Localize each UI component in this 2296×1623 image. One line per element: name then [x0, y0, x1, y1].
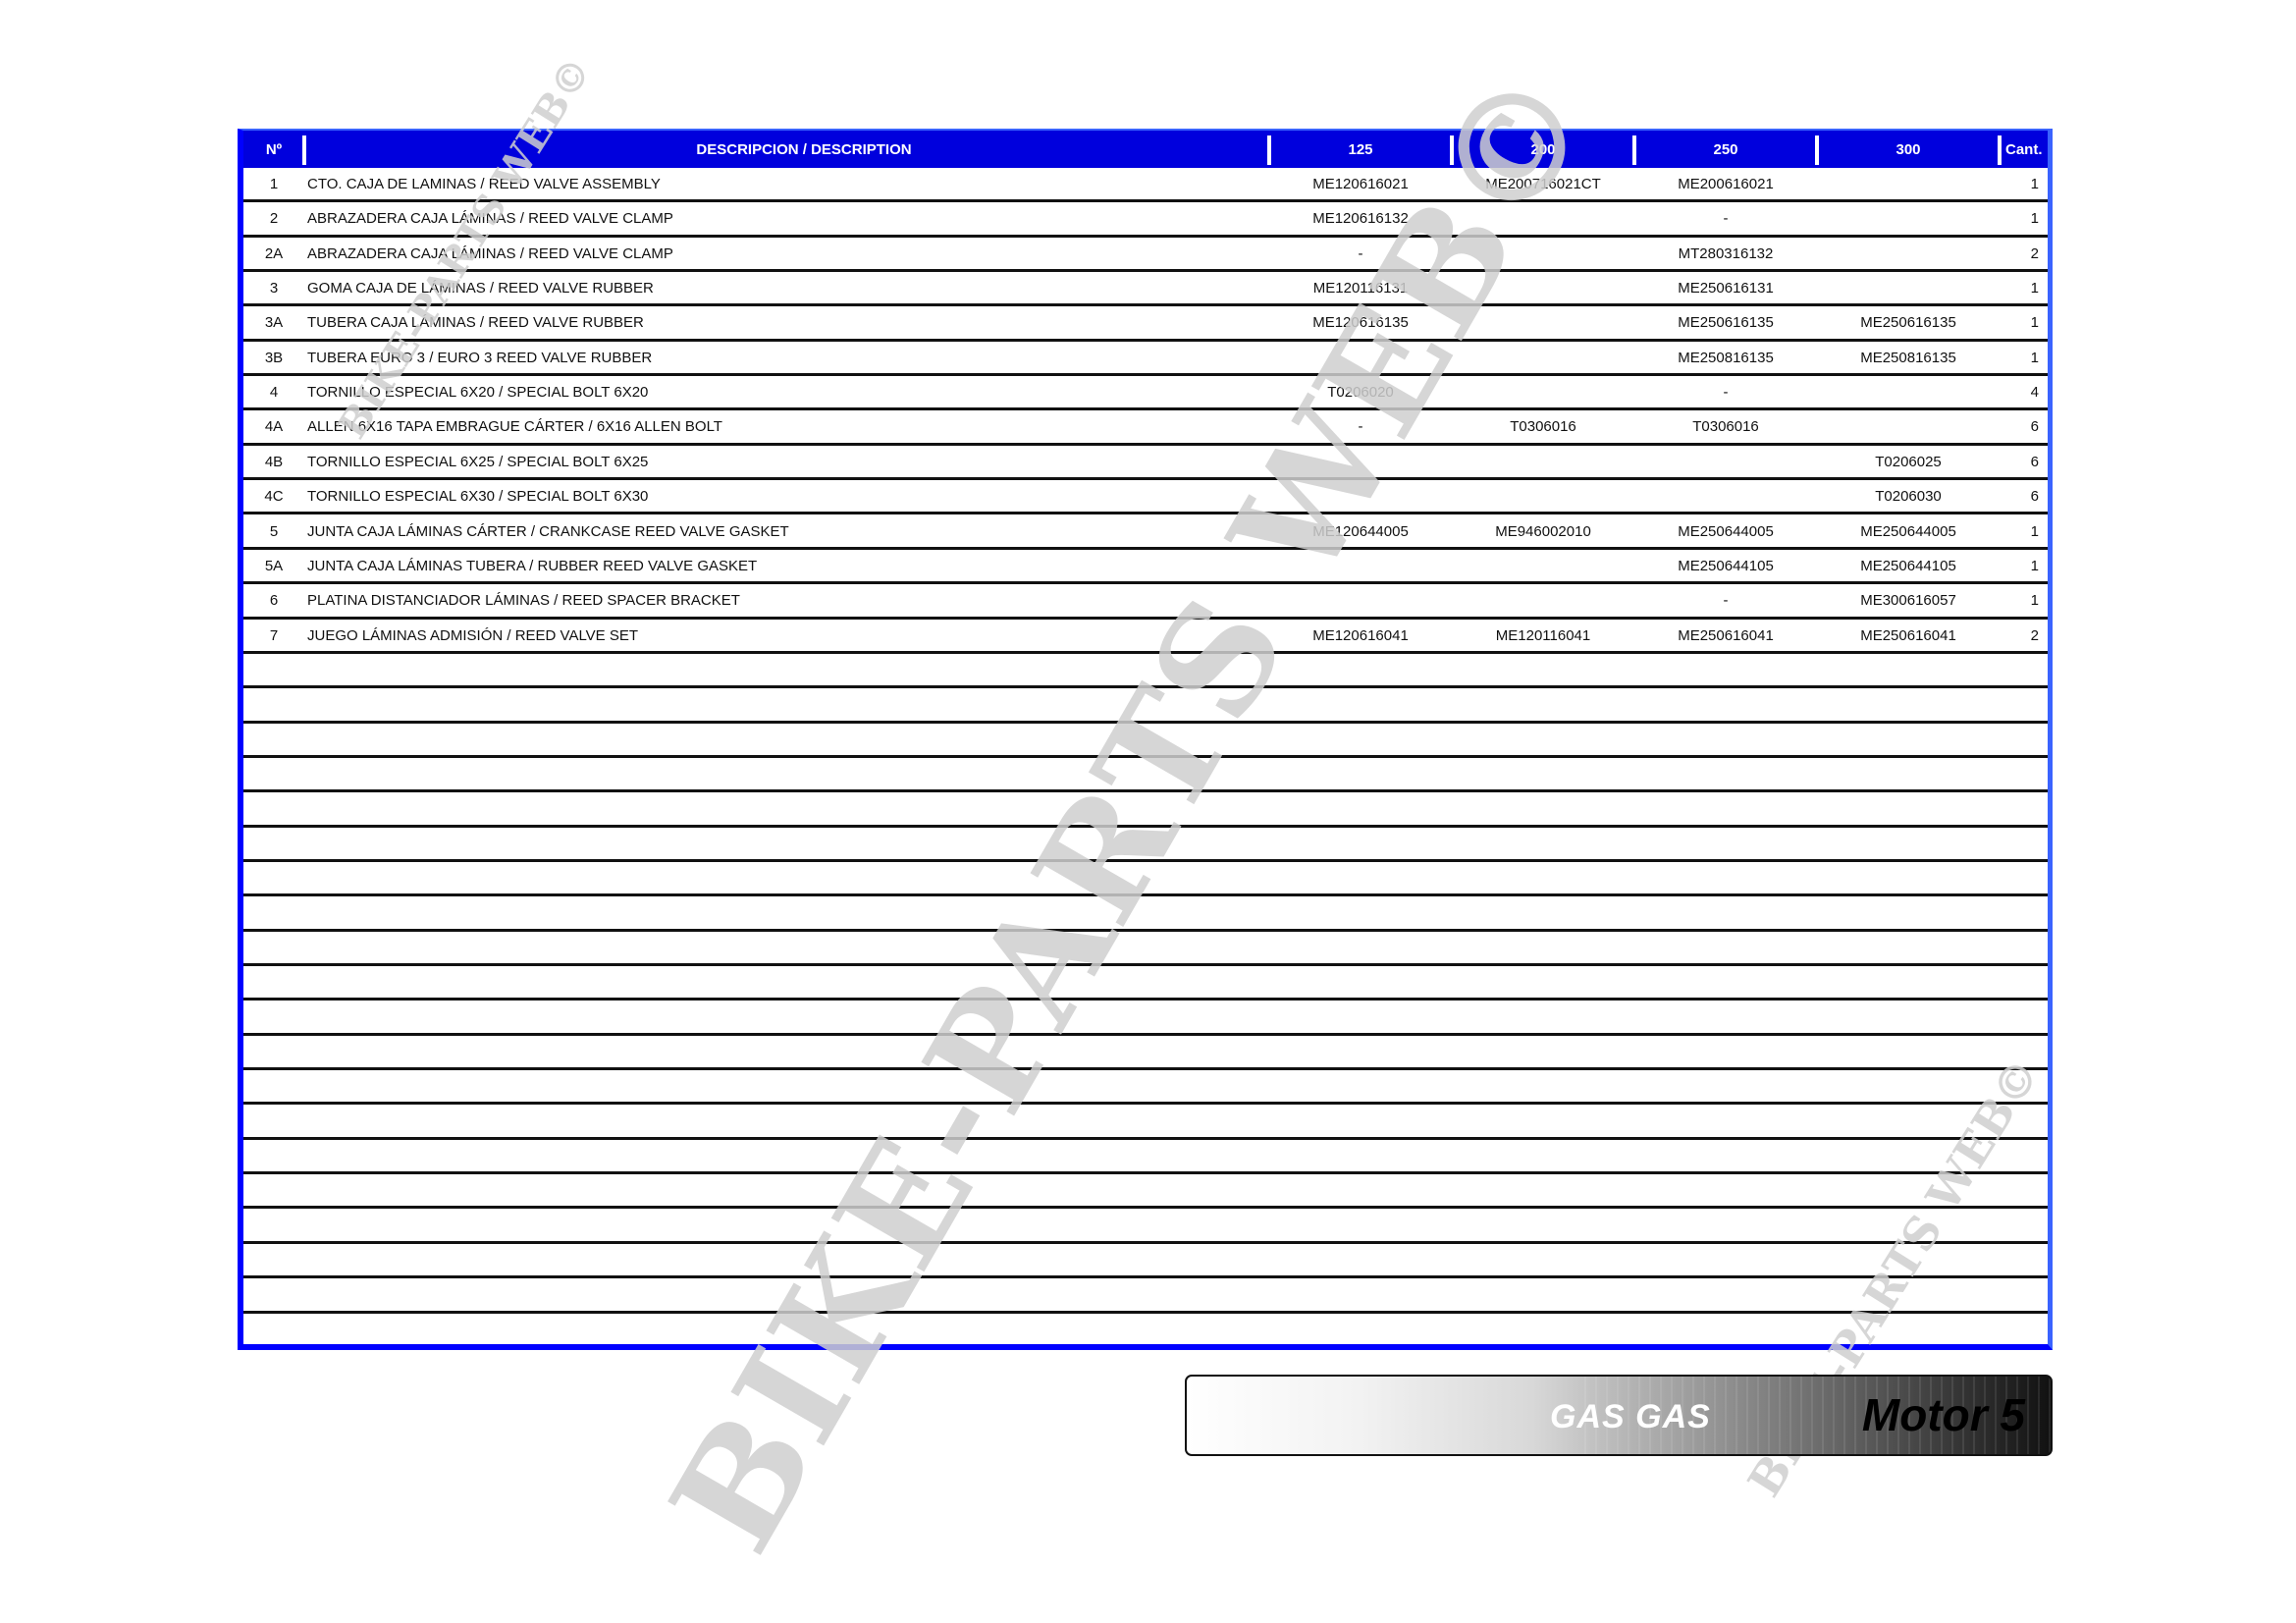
- section-label: Motor 5: [1862, 1388, 2025, 1441]
- cell-m125: ME120644005: [1269, 515, 1452, 547]
- blank-row: [243, 896, 2048, 931]
- blank-row: [243, 932, 2048, 966]
- blank-row: [243, 862, 2048, 896]
- cell-m200: [1452, 550, 1634, 581]
- header-description: DESCRIPCION / DESCRIPTION: [304, 131, 1295, 168]
- cell-m300: T0206025: [1817, 446, 2000, 477]
- table-row: 4BTORNILLO ESPECIAL 6X25 / SPECIAL BOLT …: [243, 446, 2048, 480]
- cell-m300: [1817, 238, 2000, 269]
- cell-m300: ME250616135: [1817, 306, 2000, 338]
- cell-no: 3B: [243, 342, 304, 373]
- cell-m200: [1452, 272, 1634, 303]
- cell-description: TORNILLO ESPECIAL 6X25 / SPECIAL BOLT 6X…: [304, 446, 1289, 477]
- footer-banner: GAS GAS Motor 5: [1185, 1375, 2053, 1456]
- table-row: 4CTORNILLO ESPECIAL 6X30 / SPECIAL BOLT …: [243, 480, 2048, 514]
- cell-m125: -: [1269, 238, 1452, 269]
- table-row: 2AABRAZADERA CAJA LÁMINAS / REED VALVE C…: [243, 238, 2048, 272]
- cell-m200: ME946002010: [1452, 515, 1634, 547]
- cell-qty: 1: [2000, 168, 2053, 199]
- table-row: 3BTUBERA EURO 3 / EURO 3 REED VALVE RUBB…: [243, 342, 2048, 376]
- cell-m125: [1269, 584, 1452, 616]
- cell-m250: ME250616131: [1634, 272, 1817, 303]
- blank-row: [243, 654, 2048, 688]
- cell-qty: 1: [2000, 272, 2053, 303]
- cell-m125: [1269, 446, 1452, 477]
- cell-m300: ME250644105: [1817, 550, 2000, 581]
- cell-m250: ME250644005: [1634, 515, 1817, 547]
- cell-m250: ME250616041: [1634, 620, 1817, 651]
- cell-no: 7: [243, 620, 304, 651]
- cell-no: 6: [243, 584, 304, 616]
- cell-m200: [1452, 306, 1634, 338]
- cell-m125: [1269, 480, 1452, 512]
- cell-description: CTO. CAJA DE LAMINAS / REED VALVE ASSEMB…: [304, 168, 1289, 199]
- cell-qty: 1: [2000, 306, 2053, 338]
- cell-description: ABRAZADERA CAJA LÁMINAS / REED VALVE CLA…: [304, 238, 1289, 269]
- cell-m200: [1452, 584, 1634, 616]
- cell-m250: [1634, 480, 1817, 512]
- blank-row: [243, 792, 2048, 827]
- cell-no: 3A: [243, 306, 304, 338]
- cell-qty: 6: [2000, 410, 2053, 442]
- cell-qty: 2: [2000, 238, 2053, 269]
- cell-m125: ME120616021: [1269, 168, 1452, 199]
- cell-qty: 6: [2000, 480, 2053, 512]
- cell-m200: [1452, 376, 1634, 407]
- cell-m300: [1817, 376, 2000, 407]
- blank-row: [243, 966, 2048, 1001]
- table-row: 1CTO. CAJA DE LAMINAS / REED VALVE ASSEM…: [243, 168, 2048, 202]
- cell-m200: [1452, 446, 1634, 477]
- cell-m200: ME200716021CT: [1452, 168, 1634, 199]
- cell-m300: [1817, 272, 2000, 303]
- cell-description: TUBERA CAJA LÁMINAS / REED VALVE RUBBER: [304, 306, 1289, 338]
- cell-description: ABRAZADERA CAJA LÁMINAS / REED VALVE CLA…: [304, 202, 1289, 234]
- cell-qty: 1: [2000, 342, 2053, 373]
- cell-m125: ME120116131: [1269, 272, 1452, 303]
- blank-row: [243, 1174, 2048, 1209]
- table-row: 2ABRAZADERA CAJA LÁMINAS / REED VALVE CL…: [243, 202, 2048, 237]
- cell-m250: ME250644105: [1634, 550, 1817, 581]
- cell-m250: -: [1634, 376, 1817, 407]
- cell-no: 5: [243, 515, 304, 547]
- cell-m300: ME250616041: [1817, 620, 2000, 651]
- cell-m250: -: [1634, 202, 1817, 234]
- brand-label: GAS GAS: [1550, 1398, 1711, 1436]
- cell-m125: -: [1269, 410, 1452, 442]
- blank-row: [243, 1036, 2048, 1070]
- blank-row: [243, 1210, 2048, 1244]
- cell-qty: 1: [2000, 584, 2053, 616]
- cell-m250: T0306016: [1634, 410, 1817, 442]
- cell-no: 4: [243, 376, 304, 407]
- cell-m125: T0206020: [1269, 376, 1452, 407]
- cell-description: ALLEN 6X16 TAPA EMBRAGUE CÁRTER / 6X16 A…: [304, 410, 1289, 442]
- blank-row: [243, 1001, 2048, 1035]
- cell-description: JUEGO LÁMINAS ADMISIÓN / REED VALVE SET: [304, 620, 1289, 651]
- cell-m300: ME250816135: [1817, 342, 2000, 373]
- cell-description: TORNILLO ESPECIAL 6X20 / SPECIAL BOLT 6X…: [304, 376, 1289, 407]
- blank-row: [243, 1278, 2048, 1313]
- cell-description: TUBERA EURO 3 / EURO 3 REED VALVE RUBBER: [304, 342, 1289, 373]
- cell-m125: ME120616132: [1269, 202, 1452, 234]
- cell-qty: 1: [2000, 550, 2053, 581]
- table-row: 4TORNILLO ESPECIAL 6X20 / SPECIAL BOLT 6…: [243, 376, 2048, 410]
- cell-m200: [1452, 238, 1634, 269]
- cell-m250: MT280316132: [1634, 238, 1817, 269]
- cell-m125: ME120616135: [1269, 306, 1452, 338]
- cell-qty: 1: [2000, 202, 2053, 234]
- cell-no: 4C: [243, 480, 304, 512]
- header-200: 200: [1452, 131, 1634, 168]
- cell-m200: [1452, 202, 1634, 234]
- blank-row: [243, 724, 2048, 758]
- blank-row: [243, 1070, 2048, 1105]
- cell-m300: T0206030: [1817, 480, 2000, 512]
- cell-description: GOMA CAJA DE LÁMINAS / REED VALVE RUBBER: [304, 272, 1289, 303]
- header-300: 300: [1817, 131, 2000, 168]
- cell-no: 4A: [243, 410, 304, 442]
- table-row: 5AJUNTA CAJA LÁMINAS TUBERA / RUBBER REE…: [243, 550, 2048, 584]
- cell-m300: ME300616057: [1817, 584, 2000, 616]
- cell-m300: [1817, 168, 2000, 199]
- cell-m250: [1634, 446, 1817, 477]
- cell-m300: ME250644005: [1817, 515, 2000, 547]
- table-row: 7JUEGO LÁMINAS ADMISIÓN / REED VALVE SET…: [243, 620, 2048, 654]
- cell-m250: ME250816135: [1634, 342, 1817, 373]
- cell-m125: [1269, 550, 1452, 581]
- table-row: 5JUNTA CAJA LÁMINAS CÁRTER / CRANKCASE R…: [243, 515, 2048, 550]
- cell-m125: [1269, 342, 1452, 373]
- cell-no: 5A: [243, 550, 304, 581]
- cell-m250: ME200616021: [1634, 168, 1817, 199]
- cell-no: 3: [243, 272, 304, 303]
- table-body: 1CTO. CAJA DE LAMINAS / REED VALVE ASSEM…: [243, 168, 2048, 1344]
- header-qty: Cant.: [2000, 131, 2053, 168]
- blank-row: [243, 688, 2048, 723]
- cell-description: PLATINA DISTANCIADOR LÁMINAS / REED SPAC…: [304, 584, 1289, 616]
- table-row: 3ATUBERA CAJA LÁMINAS / REED VALVE RUBBE…: [243, 306, 2048, 341]
- cell-m200: [1452, 480, 1634, 512]
- blank-row: [243, 1105, 2048, 1139]
- cell-description: JUNTA CAJA LÁMINAS TUBERA / RUBBER REED …: [304, 550, 1289, 581]
- table-row: 3GOMA CAJA DE LÁMINAS / REED VALVE RUBBE…: [243, 272, 2048, 306]
- table-row: 6PLATINA DISTANCIADOR LÁMINAS / REED SPA…: [243, 584, 2048, 619]
- cell-m200: ME120116041: [1452, 620, 1634, 651]
- cell-qty: 6: [2000, 446, 2053, 477]
- blank-row: [243, 1244, 2048, 1278]
- blank-row: [243, 828, 2048, 862]
- table-header: Nº DESCRIPCION / DESCRIPTION 125 200 250…: [243, 131, 2048, 168]
- cell-no: 4B: [243, 446, 304, 477]
- cell-description: TORNILLO ESPECIAL 6X30 / SPECIAL BOLT 6X…: [304, 480, 1289, 512]
- blank-row: [243, 1140, 2048, 1174]
- cell-qty: 2: [2000, 620, 2053, 651]
- cell-m200: [1452, 342, 1634, 373]
- cell-description: JUNTA CAJA LÁMINAS CÁRTER / CRANKCASE RE…: [304, 515, 1289, 547]
- cell-no: 1: [243, 168, 304, 199]
- header-no: Nº: [243, 131, 304, 168]
- cell-m125: ME120616041: [1269, 620, 1452, 651]
- header-250: 250: [1634, 131, 1817, 168]
- blank-row: [243, 758, 2048, 792]
- cell-m200: T0306016: [1452, 410, 1634, 442]
- blank-row: [243, 1314, 2048, 1348]
- cell-m250: -: [1634, 584, 1817, 616]
- cell-no: 2: [243, 202, 304, 234]
- table-row: 4AALLEN 6X16 TAPA EMBRAGUE CÁRTER / 6X16…: [243, 410, 2048, 445]
- cell-m250: ME250616135: [1634, 306, 1817, 338]
- parts-table: Nº DESCRIPCION / DESCRIPTION 125 200 250…: [238, 129, 2053, 1350]
- cell-m300: [1817, 410, 2000, 442]
- cell-m300: [1817, 202, 2000, 234]
- header-125: 125: [1269, 131, 1452, 168]
- cell-qty: 4: [2000, 376, 2053, 407]
- cell-no: 2A: [243, 238, 304, 269]
- cell-qty: 1: [2000, 515, 2053, 547]
